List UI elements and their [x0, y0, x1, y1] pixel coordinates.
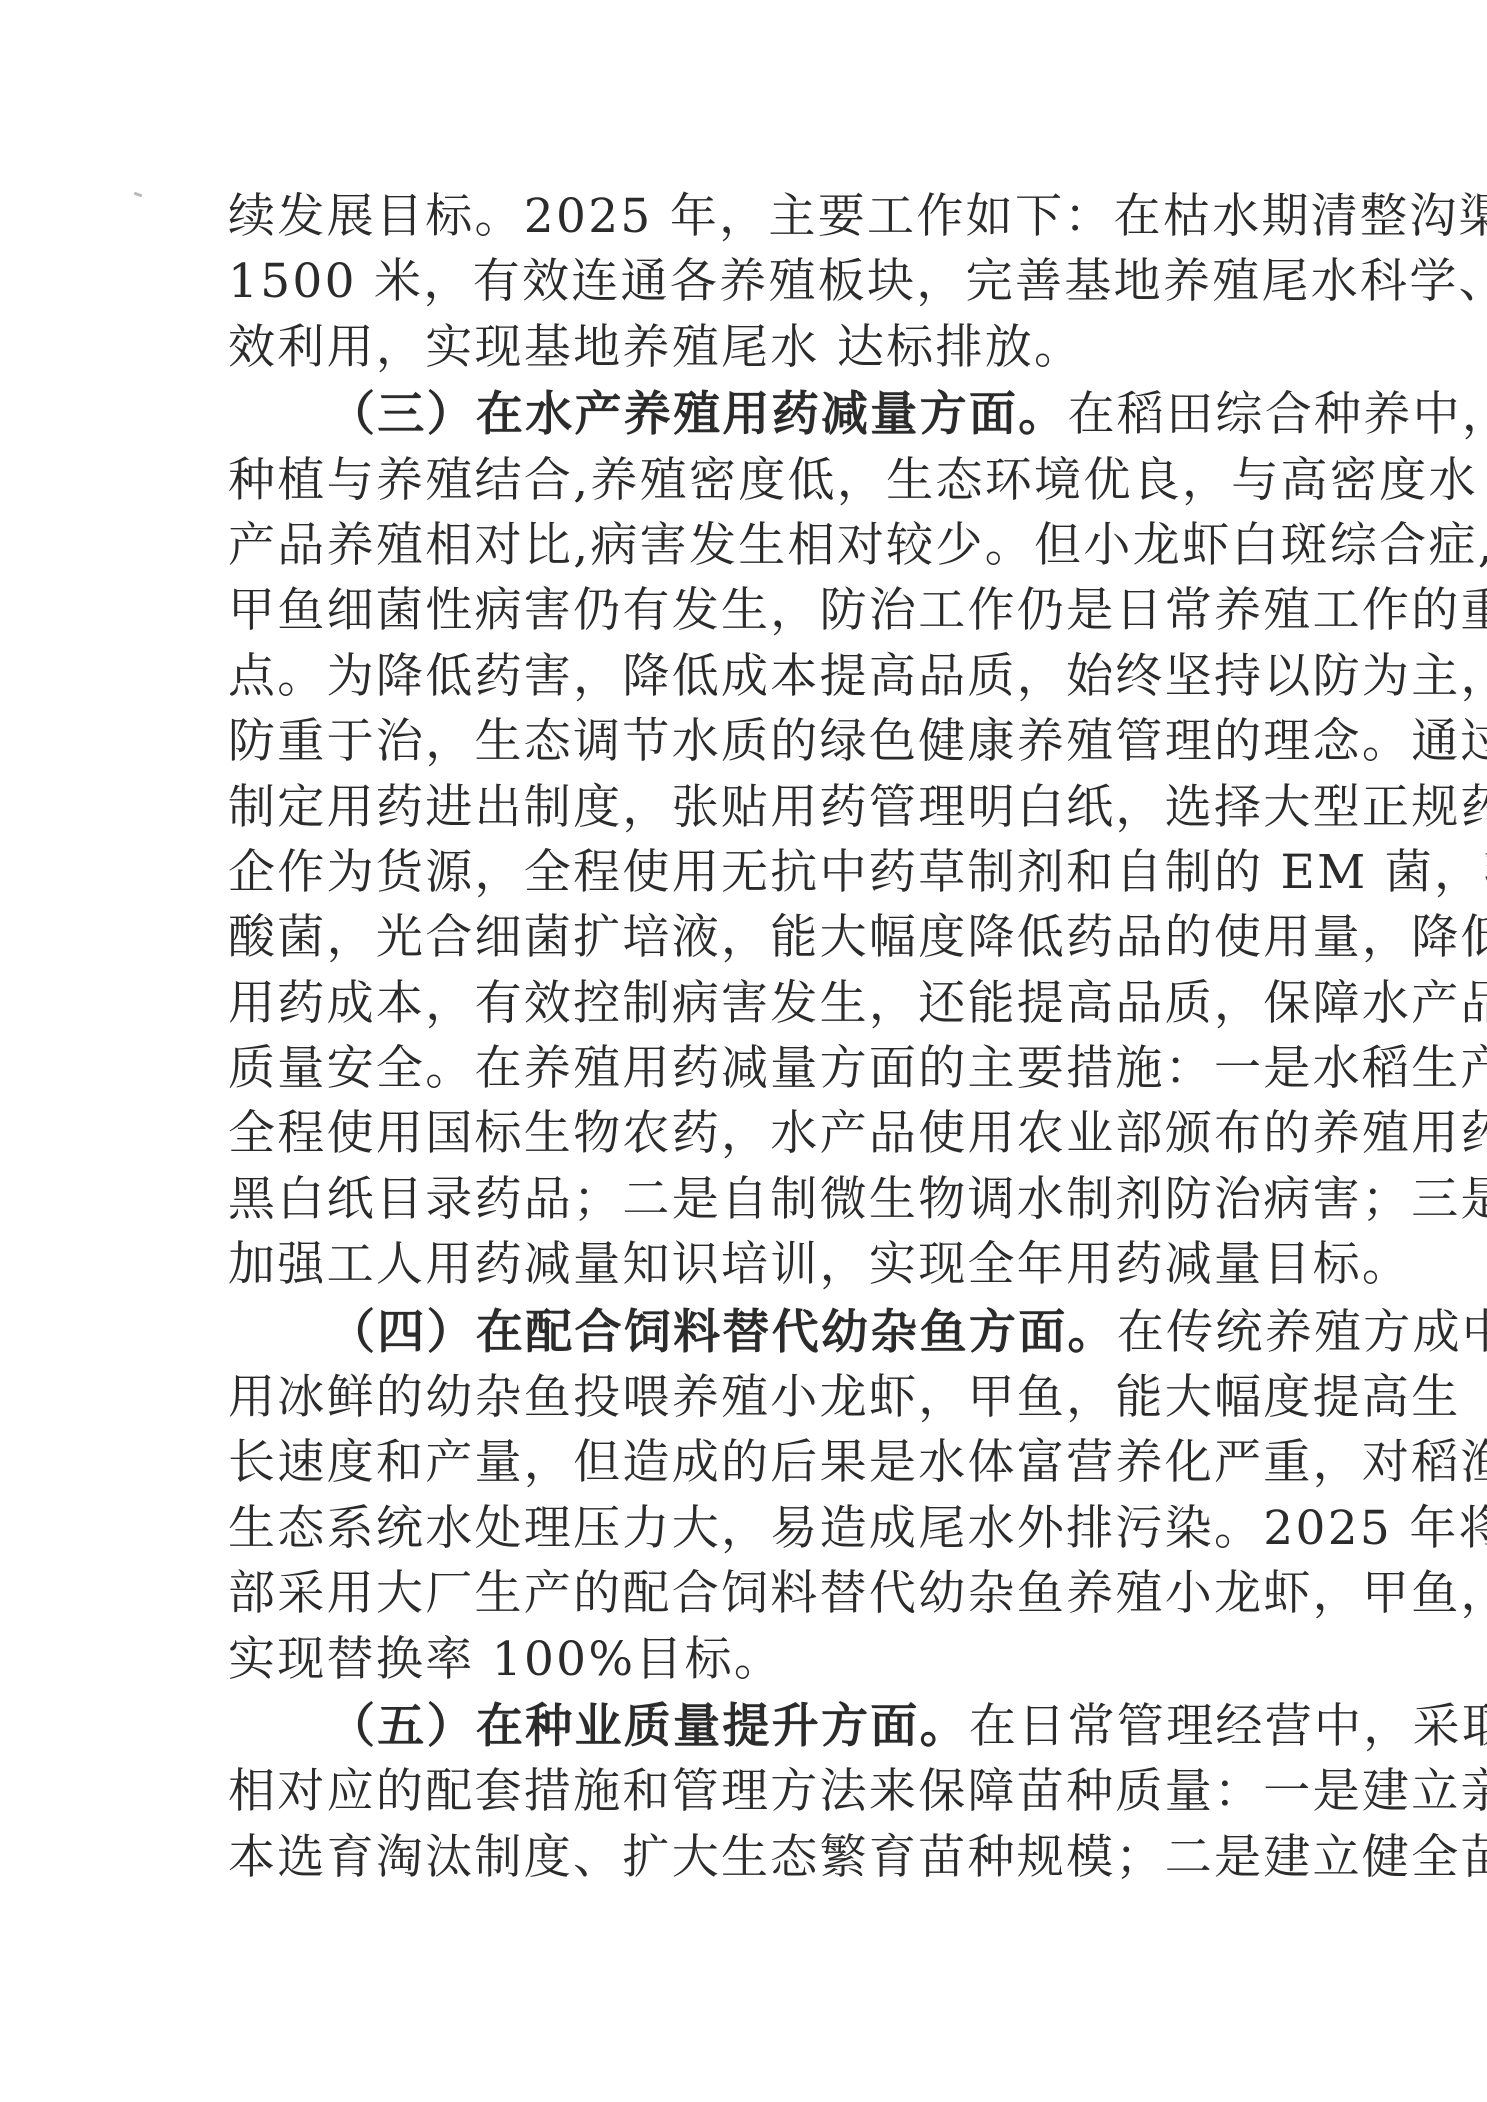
text-line: 黑白纸目录药品；二是自制微生物调水制剂防治病害；三是: [228, 1167, 1264, 1232]
text-line: 续发展目标。2025 年，主要工作如下：在枯水期清整沟渠: [228, 184, 1264, 249]
text-line: 甲鱼细菌性病害仍有发生，防治工作仍是日常养殖工作的重: [228, 578, 1264, 643]
text-line: 酸菌，光合细菌扩培液，能大幅度降低药品的使用量，降低: [228, 905, 1264, 970]
text-line: 部采用大厂生产的配合饲料替代幼杂鱼养殖小龙虾，甲鱼，: [228, 1561, 1264, 1626]
text-line: 长速度和产量，但造成的后果是水体富营养化严重，对稻渔: [228, 1430, 1264, 1495]
text-line: 产品养殖相对比,病害发生相对较少。但小龙虾白斑综合症,: [228, 513, 1264, 578]
text-line: 生态系统水处理压力大，易造成尾水外排污染。2025 年将全: [228, 1496, 1264, 1561]
text-line: 点。为降低药害，降低成本提高品质，始终坚持以防为主，: [228, 644, 1264, 709]
text-line: 种植与养殖结合,养殖密度低，生态环境优良，与高密度水: [228, 448, 1264, 513]
text-line: 加强工人用药减量知识培训，实现全年用药减量目标。: [228, 1232, 1264, 1297]
section-heading-line: （四）在配合饲料替代幼杂鱼方面。在传统养殖方成中，: [228, 1300, 1264, 1365]
text-line: 全程使用国标生物农药，水产品使用农业部颁布的养殖用药: [228, 1101, 1264, 1166]
text-line: 本选育淘汰制度、扩大生态繁育苗种规模；二是建立健全苗: [228, 1825, 1264, 1890]
text-line: 制定用药进出制度，张贴用药管理明白纸，选择大型正规药: [228, 775, 1264, 840]
text-span: 在传统养殖方成中，: [1117, 1305, 1487, 1360]
scan-artifact: [134, 192, 143, 198]
text-line: 相对应的配套措施和管理方法来保障苗种质量：一是建立亲: [228, 1759, 1264, 1824]
text-span: 在稻田综合种养中，: [1068, 387, 1487, 442]
text-line: 1500 米，有效连通各养殖板块，完善基地养殖尾水科学、有: [228, 249, 1264, 314]
text-line: 实现替换率 100%目标。: [228, 1627, 1264, 1692]
text-line: 用冰鲜的幼杂鱼投喂养殖小龙虾，甲鱼，能大幅度提高生: [228, 1365, 1264, 1430]
section-heading: （三）在水产养殖用药减量方面。: [328, 387, 1068, 442]
document-page: 续发展目标。2025 年，主要工作如下：在枯水期清整沟渠 1500 米，有效连通…: [228, 184, 1264, 1890]
paragraph-section-5: （五）在种业质量提升方面。在日常管理经营中，采取 相对应的配套措施和管理方法来保…: [228, 1694, 1264, 1890]
paragraph-section-3: （三）在水产养殖用药减量方面。在稻田综合种养中， 种植与养殖结合,养殖密度低，生…: [228, 382, 1264, 1297]
text-line: 防重于治，生态调节水质的绿色健康养殖管理的理念。通过: [228, 709, 1264, 774]
section-heading-line: （五）在种业质量提升方面。在日常管理经营中，采取: [228, 1694, 1264, 1759]
text-line: 企作为货源，全程使用无抗中药草制剂和自制的 EM 菌，乳: [228, 840, 1264, 905]
text-line: 用药成本，有效控制病害发生，还能提高品质，保障水产品: [228, 971, 1264, 1036]
text-line: 质量安全。在养殖用药减量方面的主要措施：一是水稻生产: [228, 1036, 1264, 1101]
text-line: 效利用，实现基地养殖尾水 达标排放。: [228, 315, 1264, 380]
section-heading: （四）在配合饲料替代幼杂鱼方面。: [328, 1305, 1117, 1360]
paragraph-section-4: （四）在配合饲料替代幼杂鱼方面。在传统养殖方成中， 用冰鲜的幼杂鱼投喂养殖小龙虾…: [228, 1300, 1264, 1692]
text-span: 在日常管理经营中，采取: [969, 1699, 1487, 1754]
section-heading-line: （三）在水产养殖用药减量方面。在稻田综合种养中，: [228, 382, 1264, 447]
section-heading: （五）在种业质量提升方面。: [328, 1699, 969, 1754]
paragraph-continued: 续发展目标。2025 年，主要工作如下：在枯水期清整沟渠 1500 米，有效连通…: [228, 184, 1264, 380]
